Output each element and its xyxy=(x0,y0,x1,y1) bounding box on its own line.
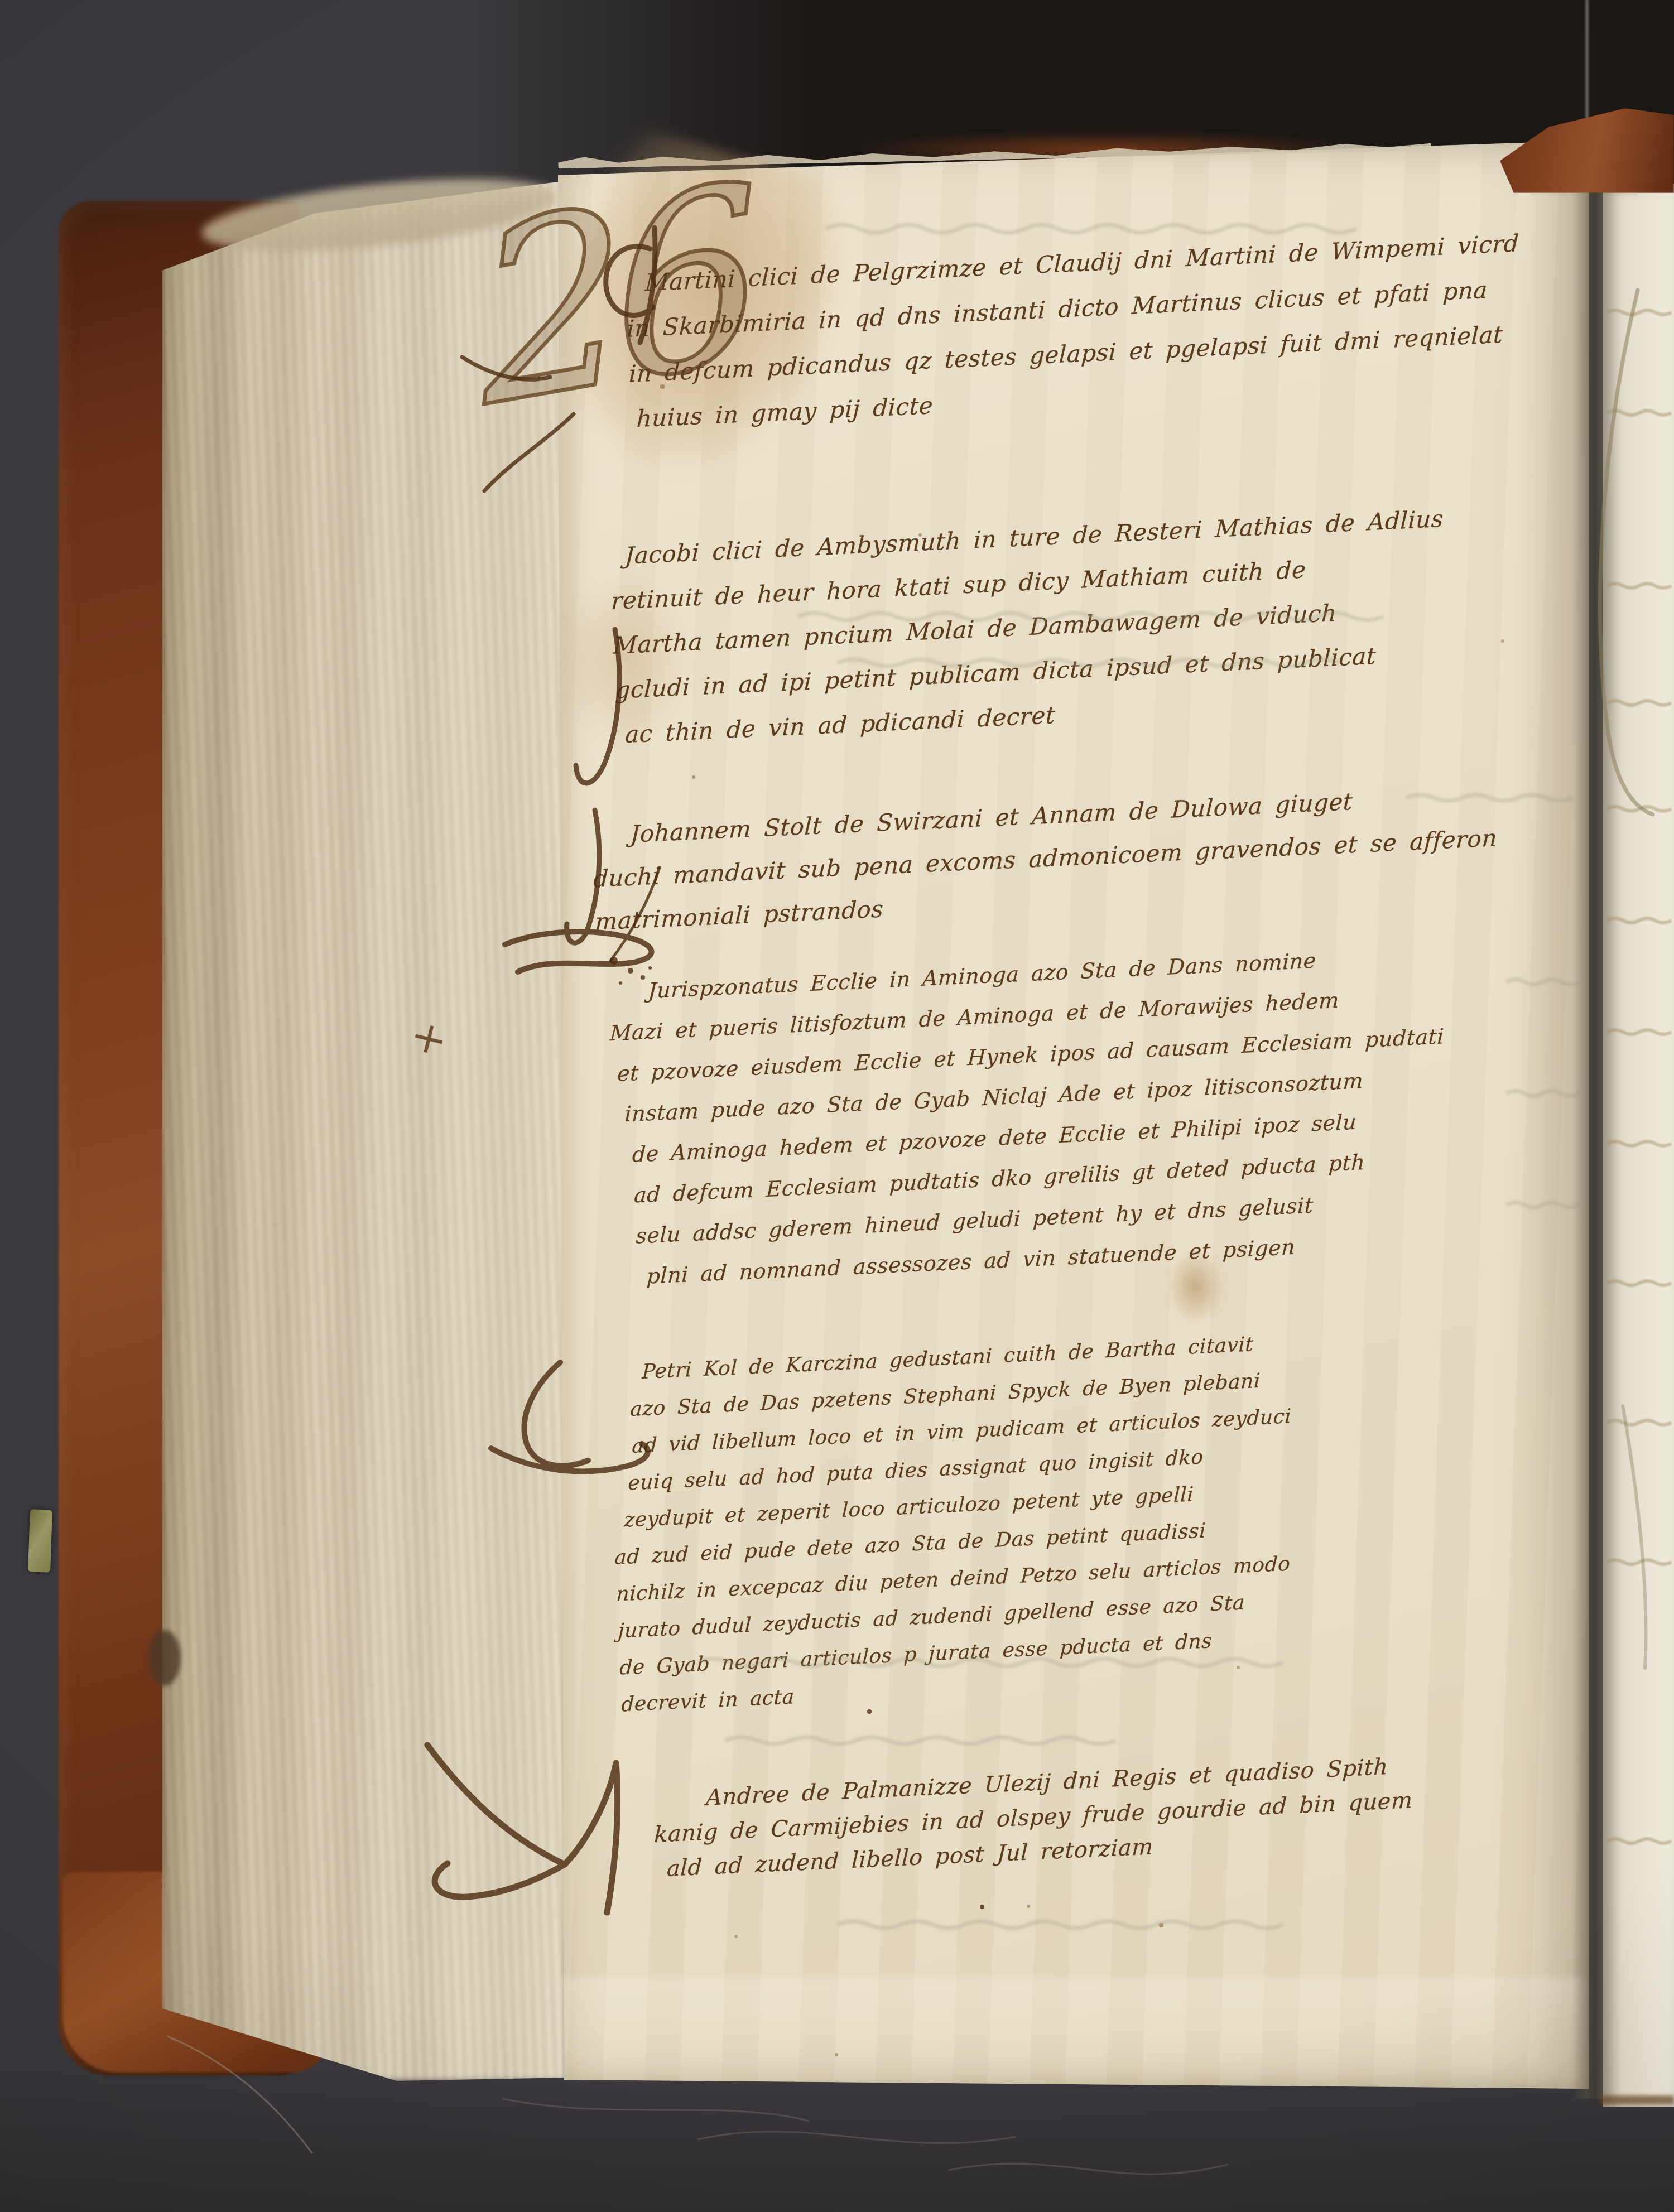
manuscript-photo-scene: 26 Martini clici de Pelgrzimze et Claudi… xyxy=(0,0,1674,2212)
page-bottom-sheen xyxy=(561,1978,1588,2081)
brass-clasp-remnant xyxy=(28,1509,52,1572)
book-gutter xyxy=(1572,139,1604,2099)
page-stack-dark-stain xyxy=(148,1630,181,1686)
paper-speckles xyxy=(0,0,1,1)
paragraph-5: Petri Kol de Karczina gedustani cuith de… xyxy=(605,1325,1304,1724)
facing-page-bottom-edge xyxy=(1600,2095,1674,2104)
page-edge-stack-texture xyxy=(162,173,566,2081)
facing-page-sliver xyxy=(1603,187,1674,2107)
paragraph-4: Jurispzonatus Ecclie in Aminoga azo Sta … xyxy=(624,935,1454,1298)
paragraph-2: Jacobi clici de Ambysmuth in ture de Res… xyxy=(608,497,1452,757)
